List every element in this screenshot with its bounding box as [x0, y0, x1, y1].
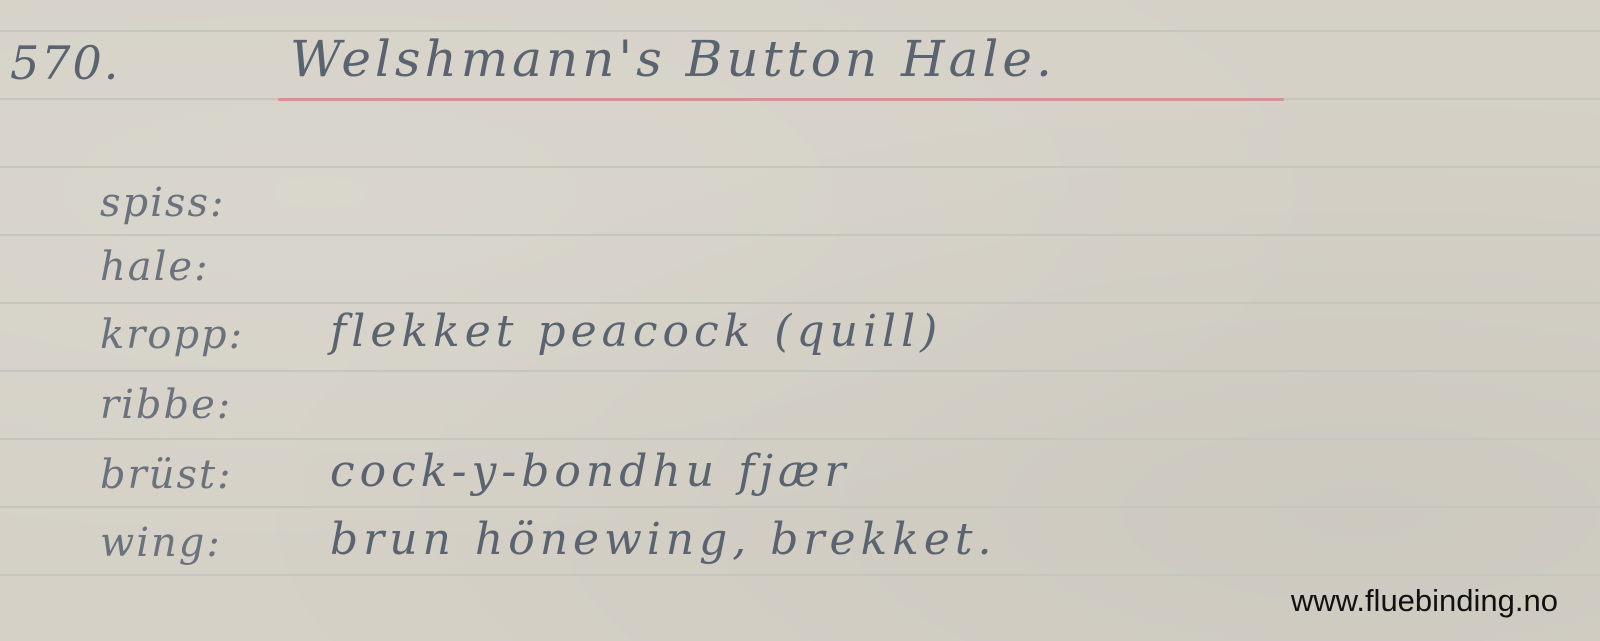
field-value-kropp: flekket peacock (quill) — [330, 306, 942, 357]
field-value-brust: cock-y-bondhu fjær — [330, 446, 850, 497]
notebook-page: 570. Welshmann's Button Hale. spiss: hal… — [0, 0, 1600, 641]
ruled-line — [0, 302, 1600, 304]
ruled-line — [0, 574, 1600, 576]
field-label-brust: brüst: — [100, 452, 233, 498]
title-underline — [278, 98, 1284, 101]
ruled-line — [0, 166, 1600, 168]
field-label-spiss: spiss: — [100, 180, 225, 226]
ruled-line — [0, 438, 1600, 440]
ruled-line — [0, 370, 1600, 372]
entry-number: 570. — [10, 36, 120, 90]
field-label-hale: hale: — [100, 244, 210, 290]
field-label-wing: wing: — [100, 520, 222, 566]
ruled-line — [0, 234, 1600, 236]
ruled-line — [0, 506, 1600, 508]
field-label-kropp: kropp: — [100, 312, 244, 358]
field-label-ribbe: ribbe: — [100, 382, 232, 428]
site-watermark: www.fluebinding.no — [1291, 583, 1558, 619]
entry-title: Welshmann's Button Hale. — [290, 30, 1056, 88]
field-value-wing: brun hönewing, brekket. — [330, 514, 997, 565]
